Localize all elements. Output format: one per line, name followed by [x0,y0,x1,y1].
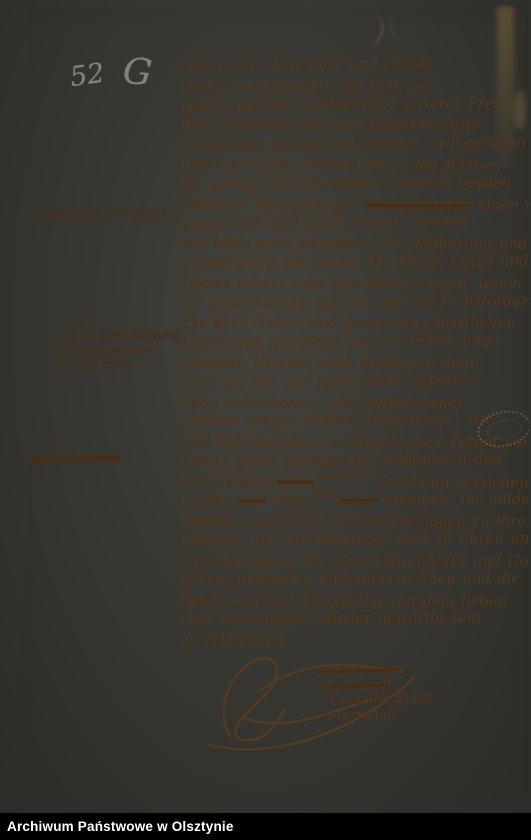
handwritten-line: gang alter, und beyfrommen Christen [181,212,519,234]
archive-watermark-bar: Archiwum Państwowe w Olsztynie [0,813,531,840]
handwritten-line: begräbnüß gemeinet, wir vor billich ange… [181,331,519,353]
archive-name-label: Archiwum Państwowe w Olsztynie [0,819,234,834]
handwritten-line: ihr unterthenigst suchen, weil es zu bef… [181,291,519,313]
handwritten-line: ansuchung gethan und gebeten, wir geruhe… [181,133,519,155]
archivist-pencil-note: 52 G [70,52,152,93]
margin-note-2: F und zu besichtigungder abgeleibtenCörp… [52,312,181,372]
handwritten-line: und Freyheit [28,451,120,468]
margin-note-3: † und Freyheit [28,436,119,467]
handwritten-line: nach an alle und jede unsere getrewe [181,371,519,393]
handwritten-line: Cörper auch [52,355,181,373]
handwritten-line: gefallen, und ein Beysteuer Gelt zu Ehre… [181,529,519,551]
handwritten-line: gantze gemeine andächtiger unserer Frey- [181,94,519,116]
handwritten-line: Gott tausentfeltig wieder gewärtig sein [181,608,519,630]
ink-bleedthrough [387,16,409,40]
manuscript-body-text: einen solch Kirchhoff und Gottesacker zu… [181,56,519,650]
handwritten-line: hesten und freyhgebigeiten erzeigen, Ihr… [181,489,519,511]
margin-note-1: † und andern Freyheit [16,191,168,222]
handwritten-line: kompt gantz gnedigst die wollen sich deß [181,450,519,472]
handwritten-line: und andern Freyheit [16,206,168,224]
pencil-letter: G [121,51,154,95]
handwritten-line: ackers mittheilen und zuverrechnen und d… [181,569,519,591]
ink-bleedthrough [351,9,387,49]
pencil-folio-number: 52 [68,58,106,93]
manuscript-page: 52 G † und andern Freyheit F und zu besi… [0,0,531,813]
handwritten-line: verfertigung des newen Kirchhofs, Capel … [181,252,519,274]
insertion-cross-mark: † [50,436,119,451]
handwritten-line: len pennig, die Christlichen unsern beyd… [181,173,519,195]
signature-office-stack: HoffmeisterBurggraffCantzler, SubstMarsc… [317,662,435,724]
handwritten-line: einen solch Kirchhoff und Gottes [181,54,519,76]
insertion-cross-mark: † [28,191,168,206]
handwritten-line: unserer dreyen Städte Königsbergk† wir [181,410,519,432]
